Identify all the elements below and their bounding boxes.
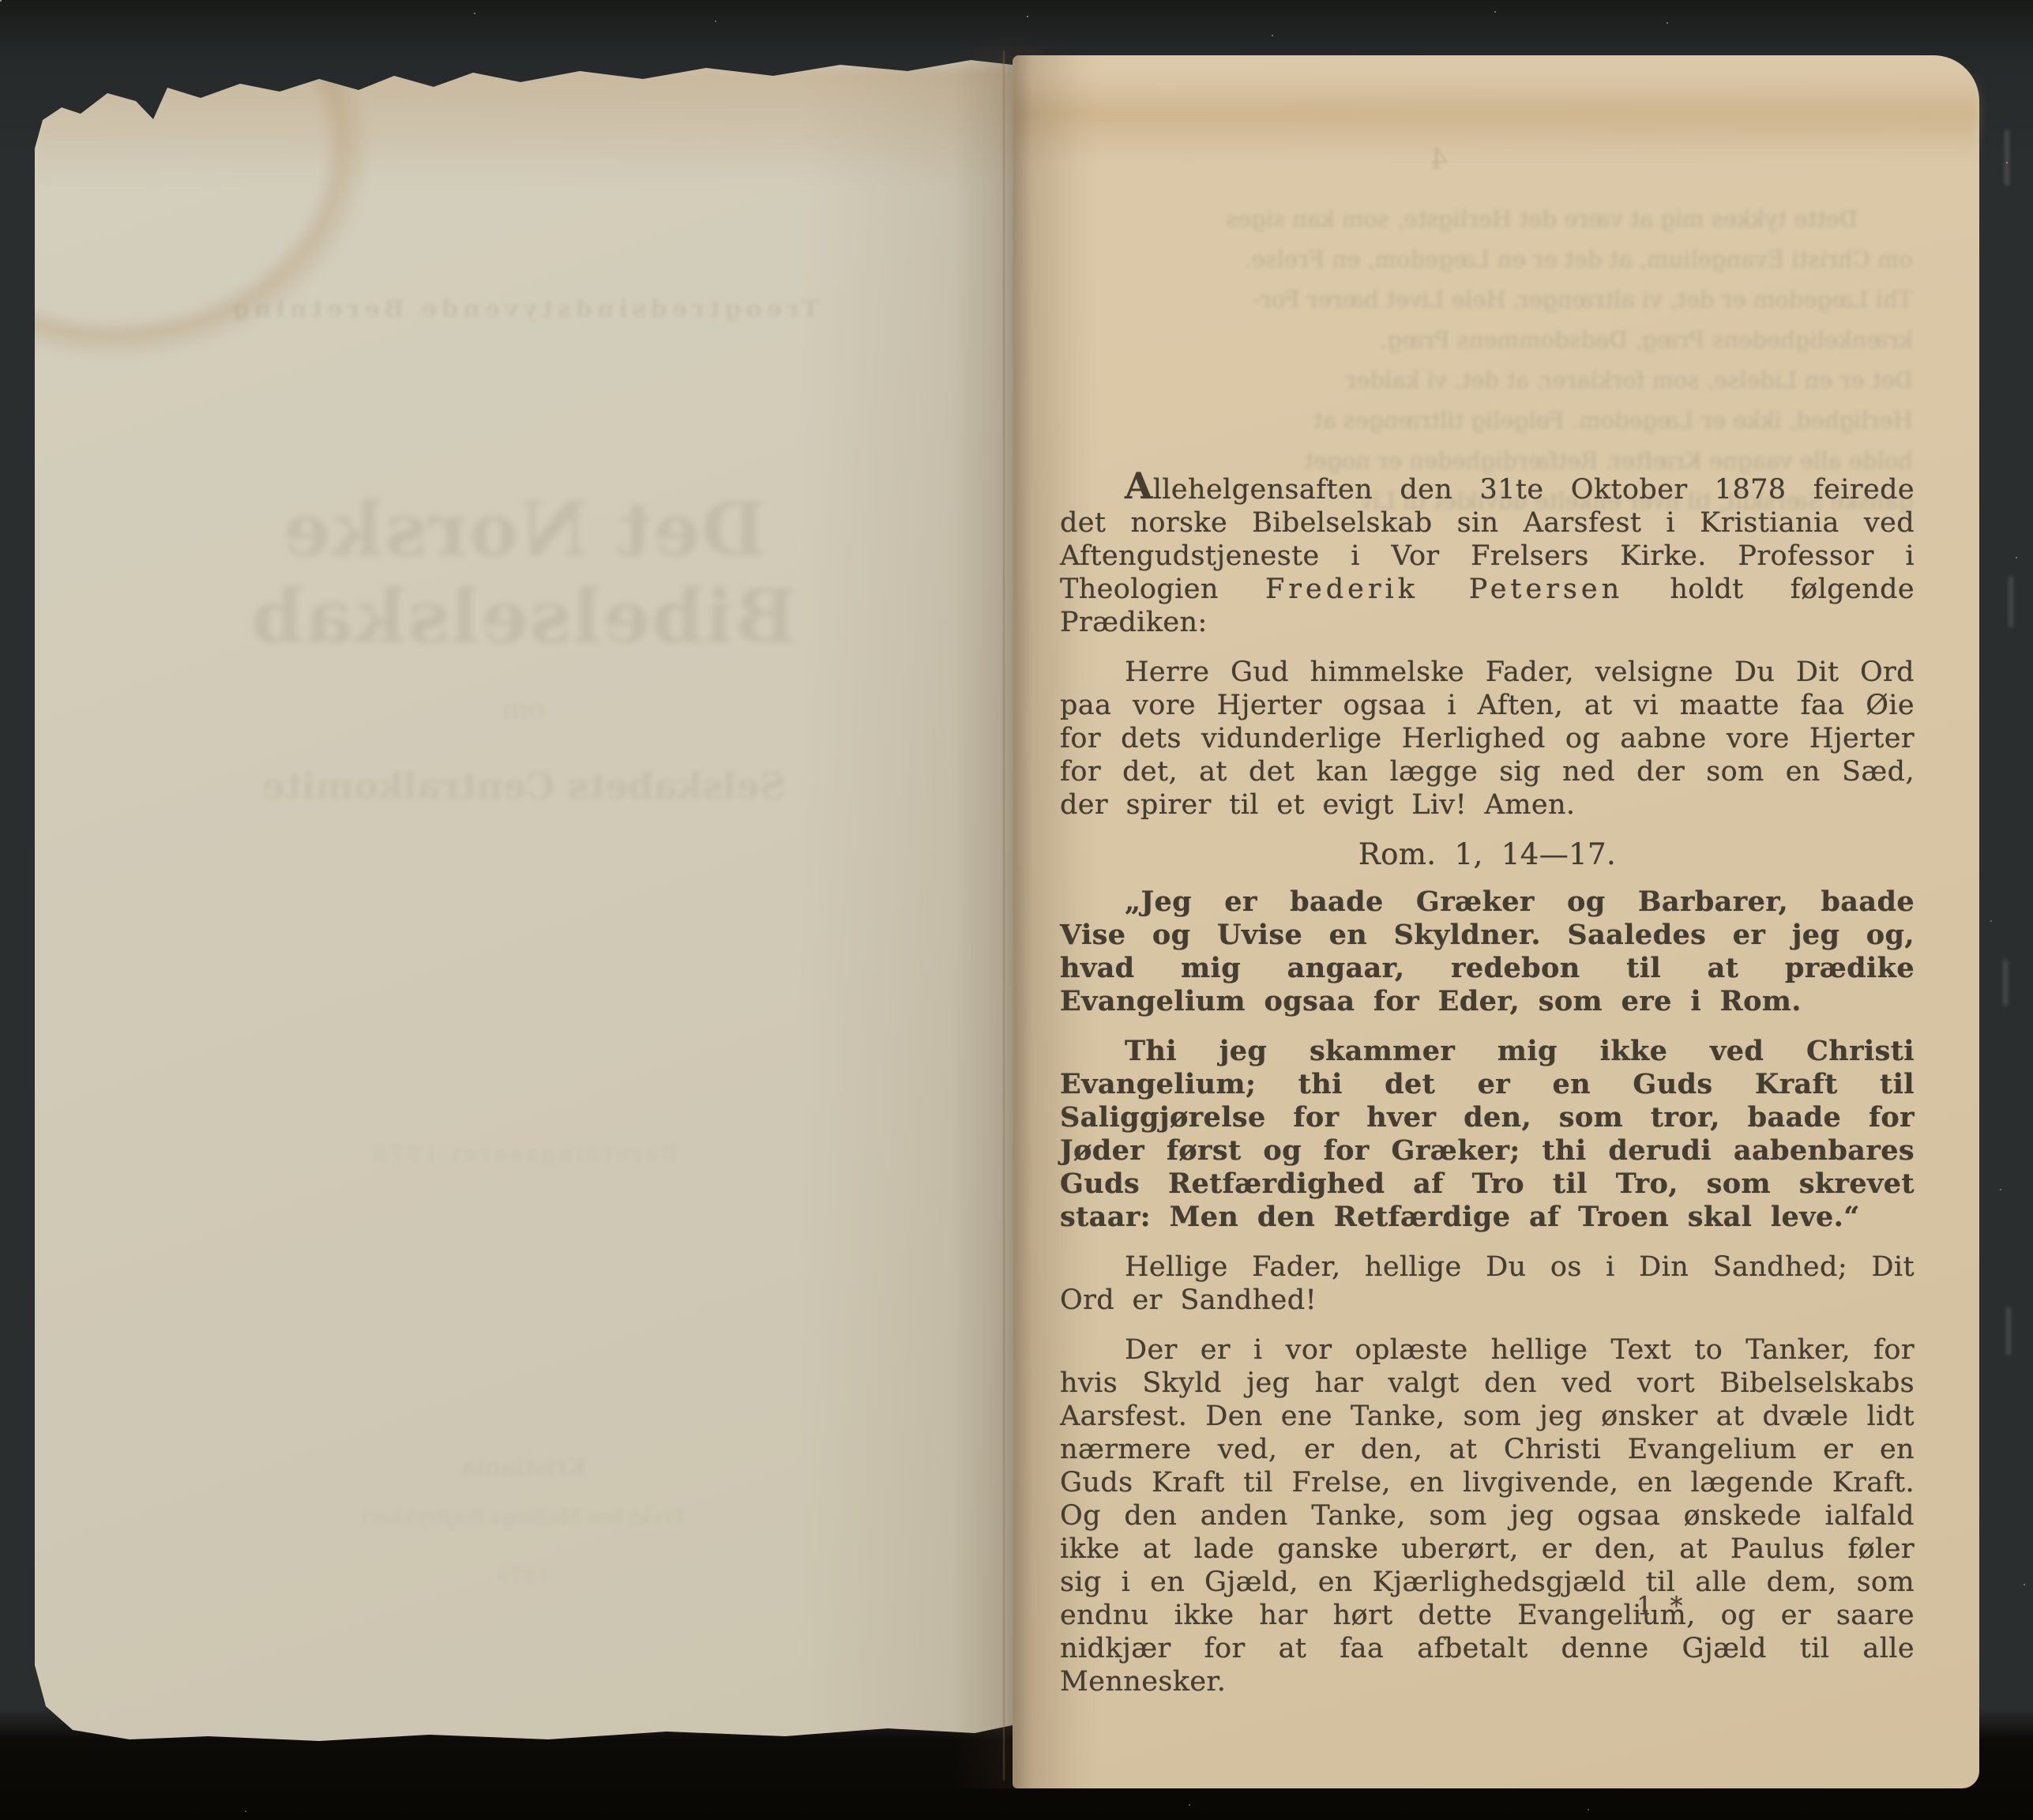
scripture-reference: Rom. 1, 14—17.	[1060, 838, 1915, 871]
response-paragraph: Hellige Fader, hellige Du os i Din Sandh…	[1060, 1250, 1915, 1317]
bleedthrough-line: Thi Lægedom er det, vi altrænger. Hele L…	[1065, 280, 1913, 320]
intro-paragraph: Allehelgensaften den 31te Oktober 1878 f…	[1060, 469, 1915, 639]
scripture-quote-paragraph-1: „Jeg er baade Græker og Barbarer, baade …	[1060, 886, 1915, 1018]
chalk-mark	[2006, 1307, 2011, 1355]
chalk-mark	[2003, 960, 2008, 1006]
corner-stain	[3, 28, 382, 368]
chalk-mark	[2009, 577, 2013, 627]
gutter-tone	[798, 44, 1013, 1743]
book-scan-scene: Treogtredsindstyvende Beretning Det Nors…	[0, 0, 2033, 1820]
body-paragraph: Der er i vor oplæste hellige Text to Tan…	[1060, 1333, 1915, 1698]
dust-speckles	[0, 0, 2, 2]
speaker-name: Frederik Petersen	[1265, 573, 1623, 605]
bleedthrough-line: Det er en Lidelse, som forklarer, at det…	[1065, 360, 1913, 400]
scripture-quote-paragraph-2: Thi jeg skammer mig ikke ved Christi Eva…	[1060, 1035, 1915, 1234]
bleedthrough-line: om Christi Evangelium, at det er en Læge…	[1065, 239, 1913, 280]
bleedthrough-line: krænkelighedens Præg, Dødsdommens Præg.	[1065, 320, 1913, 360]
left-page: Treogtredsindstyvende Beretning Det Nors…	[35, 44, 1013, 1743]
right-page: 4 Dette tykkes mig at være det Herligste…	[1013, 55, 1979, 1788]
chalk-mark	[2005, 130, 2009, 186]
top-edge-stain	[1013, 74, 1979, 161]
bleedthrough-line: Dette tykkes mig at være det Herligste, …	[1065, 199, 1913, 239]
sermon-text-column: Allehelgensaften den 31te Oktober 1878 f…	[1060, 469, 1915, 1715]
printers-signature-mark: 1 *	[1637, 1591, 1688, 1621]
prayer-paragraph: Herre Gud himmelske Fader, velsigne Du D…	[1060, 656, 1915, 822]
bleedthrough-line: Herlighed, ikke er Lægedom. Følgelig til…	[1065, 400, 1913, 441]
bleedthrough-page-number: 4	[1430, 144, 1448, 176]
